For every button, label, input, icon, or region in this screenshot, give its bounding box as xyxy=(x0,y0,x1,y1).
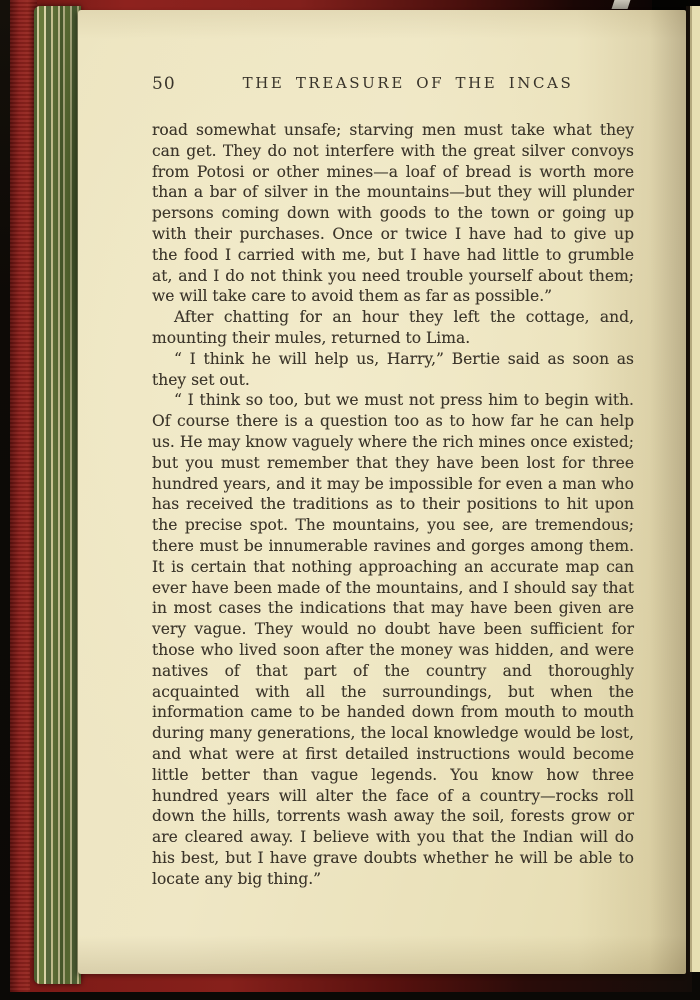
book-page: 50 THE TREASURE OF THE INCAS road somewh… xyxy=(78,10,686,974)
book-scan-scene: 50 THE TREASURE OF THE INCAS road somewh… xyxy=(0,0,700,1000)
underlying-page-sliver xyxy=(686,6,700,972)
running-head: THE TREASURE OF THE INCAS xyxy=(152,74,634,92)
page-text-block: 50 THE TREASURE OF THE INCAS road somewh… xyxy=(152,74,634,889)
page-body-text: road somewhat unsafe; starving men must … xyxy=(152,120,634,889)
binding-tab xyxy=(612,0,631,9)
page-number: 50 xyxy=(152,74,176,94)
paragraph: “ I think so too, but we must not press … xyxy=(152,390,634,889)
page-header: 50 THE TREASURE OF THE INCAS xyxy=(152,74,634,96)
stacked-page-fore-edges xyxy=(34,6,81,984)
paragraph: After chatting for an hour they left the… xyxy=(152,307,634,349)
paragraph: “ I think he will help us, Harry,” Berti… xyxy=(152,349,634,391)
paragraph: road somewhat unsafe; starving men must … xyxy=(152,120,634,307)
book-cover-left-edge xyxy=(10,0,37,992)
